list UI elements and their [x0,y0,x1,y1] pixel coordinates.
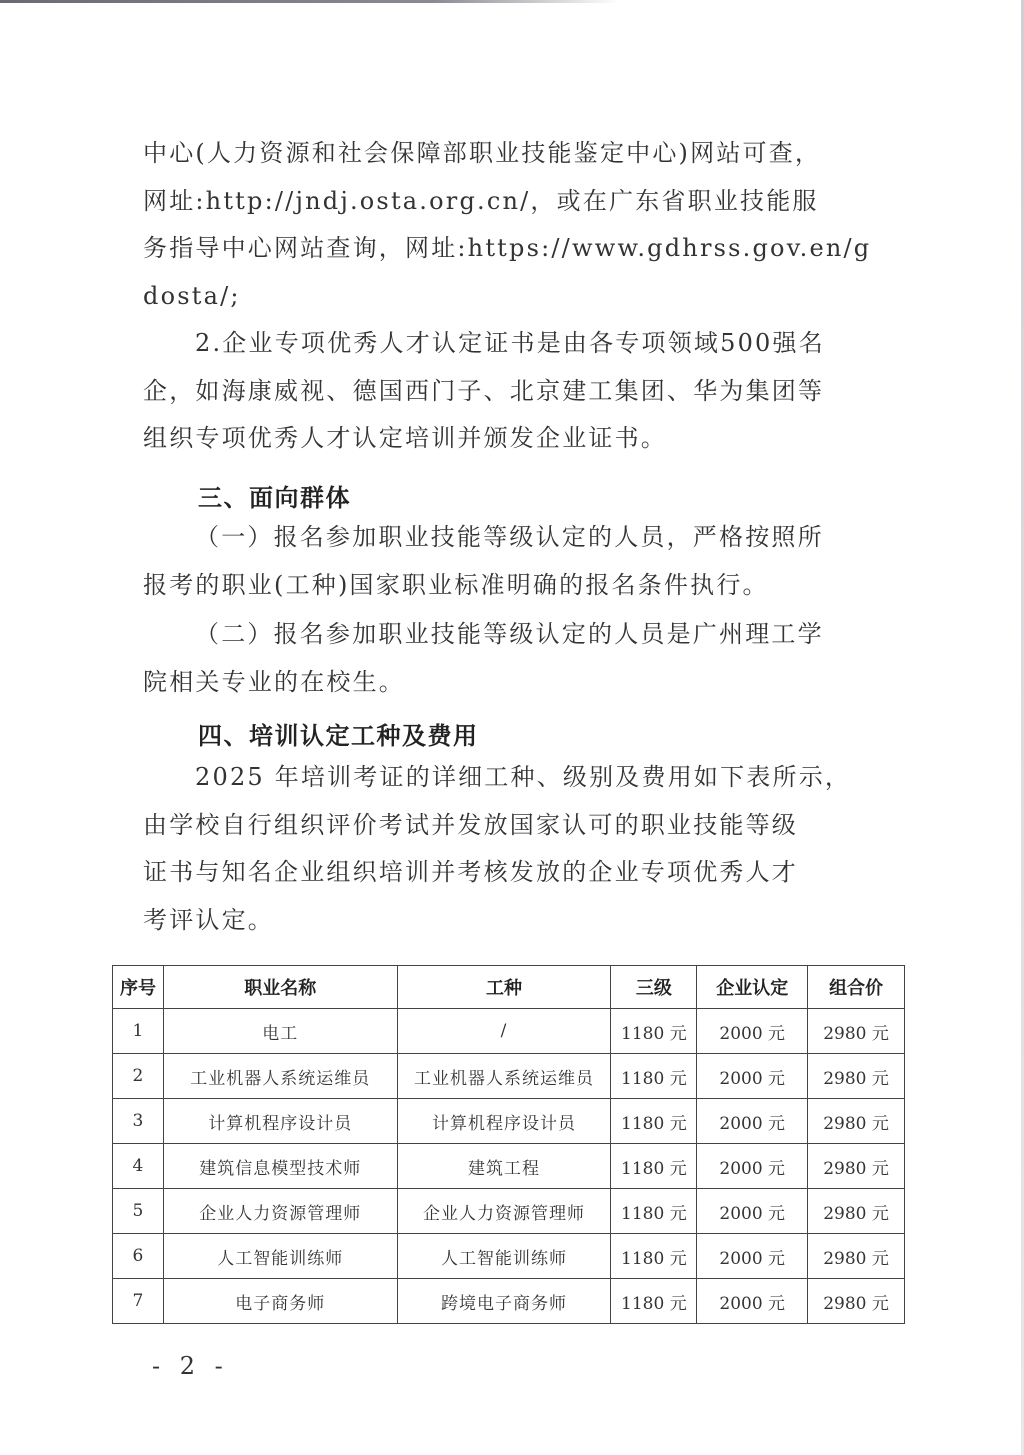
header-enterprise-cert: 企业认定 [697,966,808,1009]
text-line-url-gdhrss: 务指导中心网站查询，网址:https://www.gdhrss.gov.en/g [143,224,863,272]
section3-paragraph2: （二）报名参加职业技能等级认定的人员是广州理工学 院相关专业的在校生。 [143,610,863,705]
cell-occupation: 企业人力资源管理师 [163,1189,397,1234]
text-line: 由学校自行组织评价考试并发放国家认可的职业技能等级 [143,801,863,849]
cell-occupation: 电工 [163,1009,397,1054]
table-row: 3 计算机程序设计员 计算机程序设计员 1180 元 2000 元 2980 元 [113,1099,905,1144]
cell-level3-fee: 1180 元 [611,1054,697,1099]
cell-combo-price: 2980 元 [808,1234,905,1279]
table-row: 5 企业人力资源管理师 企业人力资源管理师 1180 元 2000 元 2980… [113,1189,905,1234]
cell-combo-price: 2980 元 [808,1189,905,1234]
cell-occupation: 电子商务师 [163,1279,397,1324]
text-line: 2025 年培训考证的详细工种、级别及费用如下表所示， [143,753,863,801]
cell-enterprise-fee: 2000 元 [697,1144,808,1189]
table-row: 6 人工智能训练师 人工智能训练师 1180 元 2000 元 2980 元 [113,1234,905,1279]
cell-enterprise-fee: 2000 元 [697,1234,808,1279]
cell-level3-fee: 1180 元 [611,1144,697,1189]
text-line: dosta/; [143,272,863,320]
cell-combo-price: 2980 元 [808,1279,905,1324]
cell-job-type: 跨境电子商务师 [397,1279,611,1324]
section4-heading: 四、培训认定工种及费用 [198,716,479,751]
cell-level3-fee: 1180 元 [611,1189,697,1234]
text-line: 中心(人力资源和社会保障部职业技能鉴定中心)网站可查， [143,129,863,177]
cell-job-type: 建筑工程 [397,1144,611,1189]
text-line: 院相关专业的在校生。 [143,658,863,706]
cell-index: 2 [113,1054,164,1099]
cell-index: 6 [113,1234,164,1279]
cell-combo-price: 2980 元 [808,1054,905,1099]
page-number: - 2 - [152,1352,229,1380]
cell-level3-fee: 1180 元 [611,1099,697,1144]
cell-combo-price: 2980 元 [808,1144,905,1189]
cell-index: 5 [113,1189,164,1234]
cell-index: 1 [113,1009,164,1054]
cell-job-type: 计算机程序设计员 [397,1099,611,1144]
cell-level3-fee: 1180 元 [611,1234,697,1279]
header-job-type: 工种 [397,966,611,1009]
item2-paragraph: 2.企业专项优秀人才认定证书是由各专项领域500强名 企，如海康威视、德国西门子… [143,319,863,462]
cell-job-type: / [397,1009,611,1054]
text-line: 企，如海康威视、德国西门子、北京建工集团、华为集团等 [143,367,863,415]
cell-occupation: 计算机程序设计员 [163,1099,397,1144]
continuation-paragraph: 中心(人力资源和社会保障部职业技能鉴定中心)网站可查， 网址:http://jn… [143,129,863,319]
cell-level3-fee: 1180 元 [611,1279,697,1324]
cell-job-type: 企业人力资源管理师 [397,1189,611,1234]
table-row: 7 电子商务师 跨境电子商务师 1180 元 2000 元 2980 元 [113,1279,905,1324]
cell-job-type: 工业机器人系统运维员 [397,1054,611,1099]
table-header-row: 序号 职业名称 工种 三级 企业认定 组合价 [113,966,905,1009]
cell-enterprise-fee: 2000 元 [697,1099,808,1144]
header-level3: 三级 [611,966,697,1009]
table-row: 1 电工 / 1180 元 2000 元 2980 元 [113,1009,905,1054]
table-row: 2 工业机器人系统运维员 工业机器人系统运维员 1180 元 2000 元 29… [113,1054,905,1099]
section3-paragraph1: （一）报名参加职业技能等级认定的人员，严格按照所 报考的职业(工种)国家职业标准… [143,513,863,608]
cell-combo-price: 2980 元 [808,1009,905,1054]
text-line: 报考的职业(工种)国家职业标准明确的报名条件执行。 [143,561,863,609]
cell-enterprise-fee: 2000 元 [697,1009,808,1054]
text-line: 组织专项优秀人才认定培训并颁发企业证书。 [143,414,863,462]
cell-occupation: 工业机器人系统运维员 [163,1054,397,1099]
section4-paragraph: 2025 年培训考证的详细工种、级别及费用如下表所示， 由学校自行组织评价考试并… [143,753,863,943]
cell-enterprise-fee: 2000 元 [697,1054,808,1099]
cell-index: 3 [113,1099,164,1144]
header-occupation: 职业名称 [163,966,397,1009]
table-row: 4 建筑信息模型技术师 建筑工程 1180 元 2000 元 2980 元 [113,1144,905,1189]
cell-occupation: 人工智能训练师 [163,1234,397,1279]
text-line: 证书与知名企业组织培训并考核发放的企业专项优秀人才 [143,848,863,896]
text-line: 考评认定。 [143,896,863,944]
cell-enterprise-fee: 2000 元 [697,1279,808,1324]
cell-index: 7 [113,1279,164,1324]
text-line: （一）报名参加职业技能等级认定的人员，严格按照所 [143,513,863,561]
scan-edge-top [0,0,620,3]
cell-level3-fee: 1180 元 [611,1009,697,1054]
text-line: （二）报名参加职业技能等级认定的人员是广州理工学 [143,610,863,658]
cell-job-type: 人工智能训练师 [397,1234,611,1279]
fee-table: 序号 职业名称 工种 三级 企业认定 组合价 1 电工 / 1180 元 200… [112,965,905,1324]
cell-enterprise-fee: 2000 元 [697,1189,808,1234]
header-combo-price: 组合价 [808,966,905,1009]
cell-combo-price: 2980 元 [808,1099,905,1144]
header-index: 序号 [113,966,164,1009]
text-line-url-osta: 网址:http://jndj.osta.org.cn/，或在广东省职业技能服 [143,177,863,225]
cell-index: 4 [113,1144,164,1189]
text-line: 2.企业专项优秀人才认定证书是由各专项领域500强名 [143,319,863,367]
cell-occupation: 建筑信息模型技术师 [163,1144,397,1189]
section3-heading: 三、面向群体 [198,478,351,513]
